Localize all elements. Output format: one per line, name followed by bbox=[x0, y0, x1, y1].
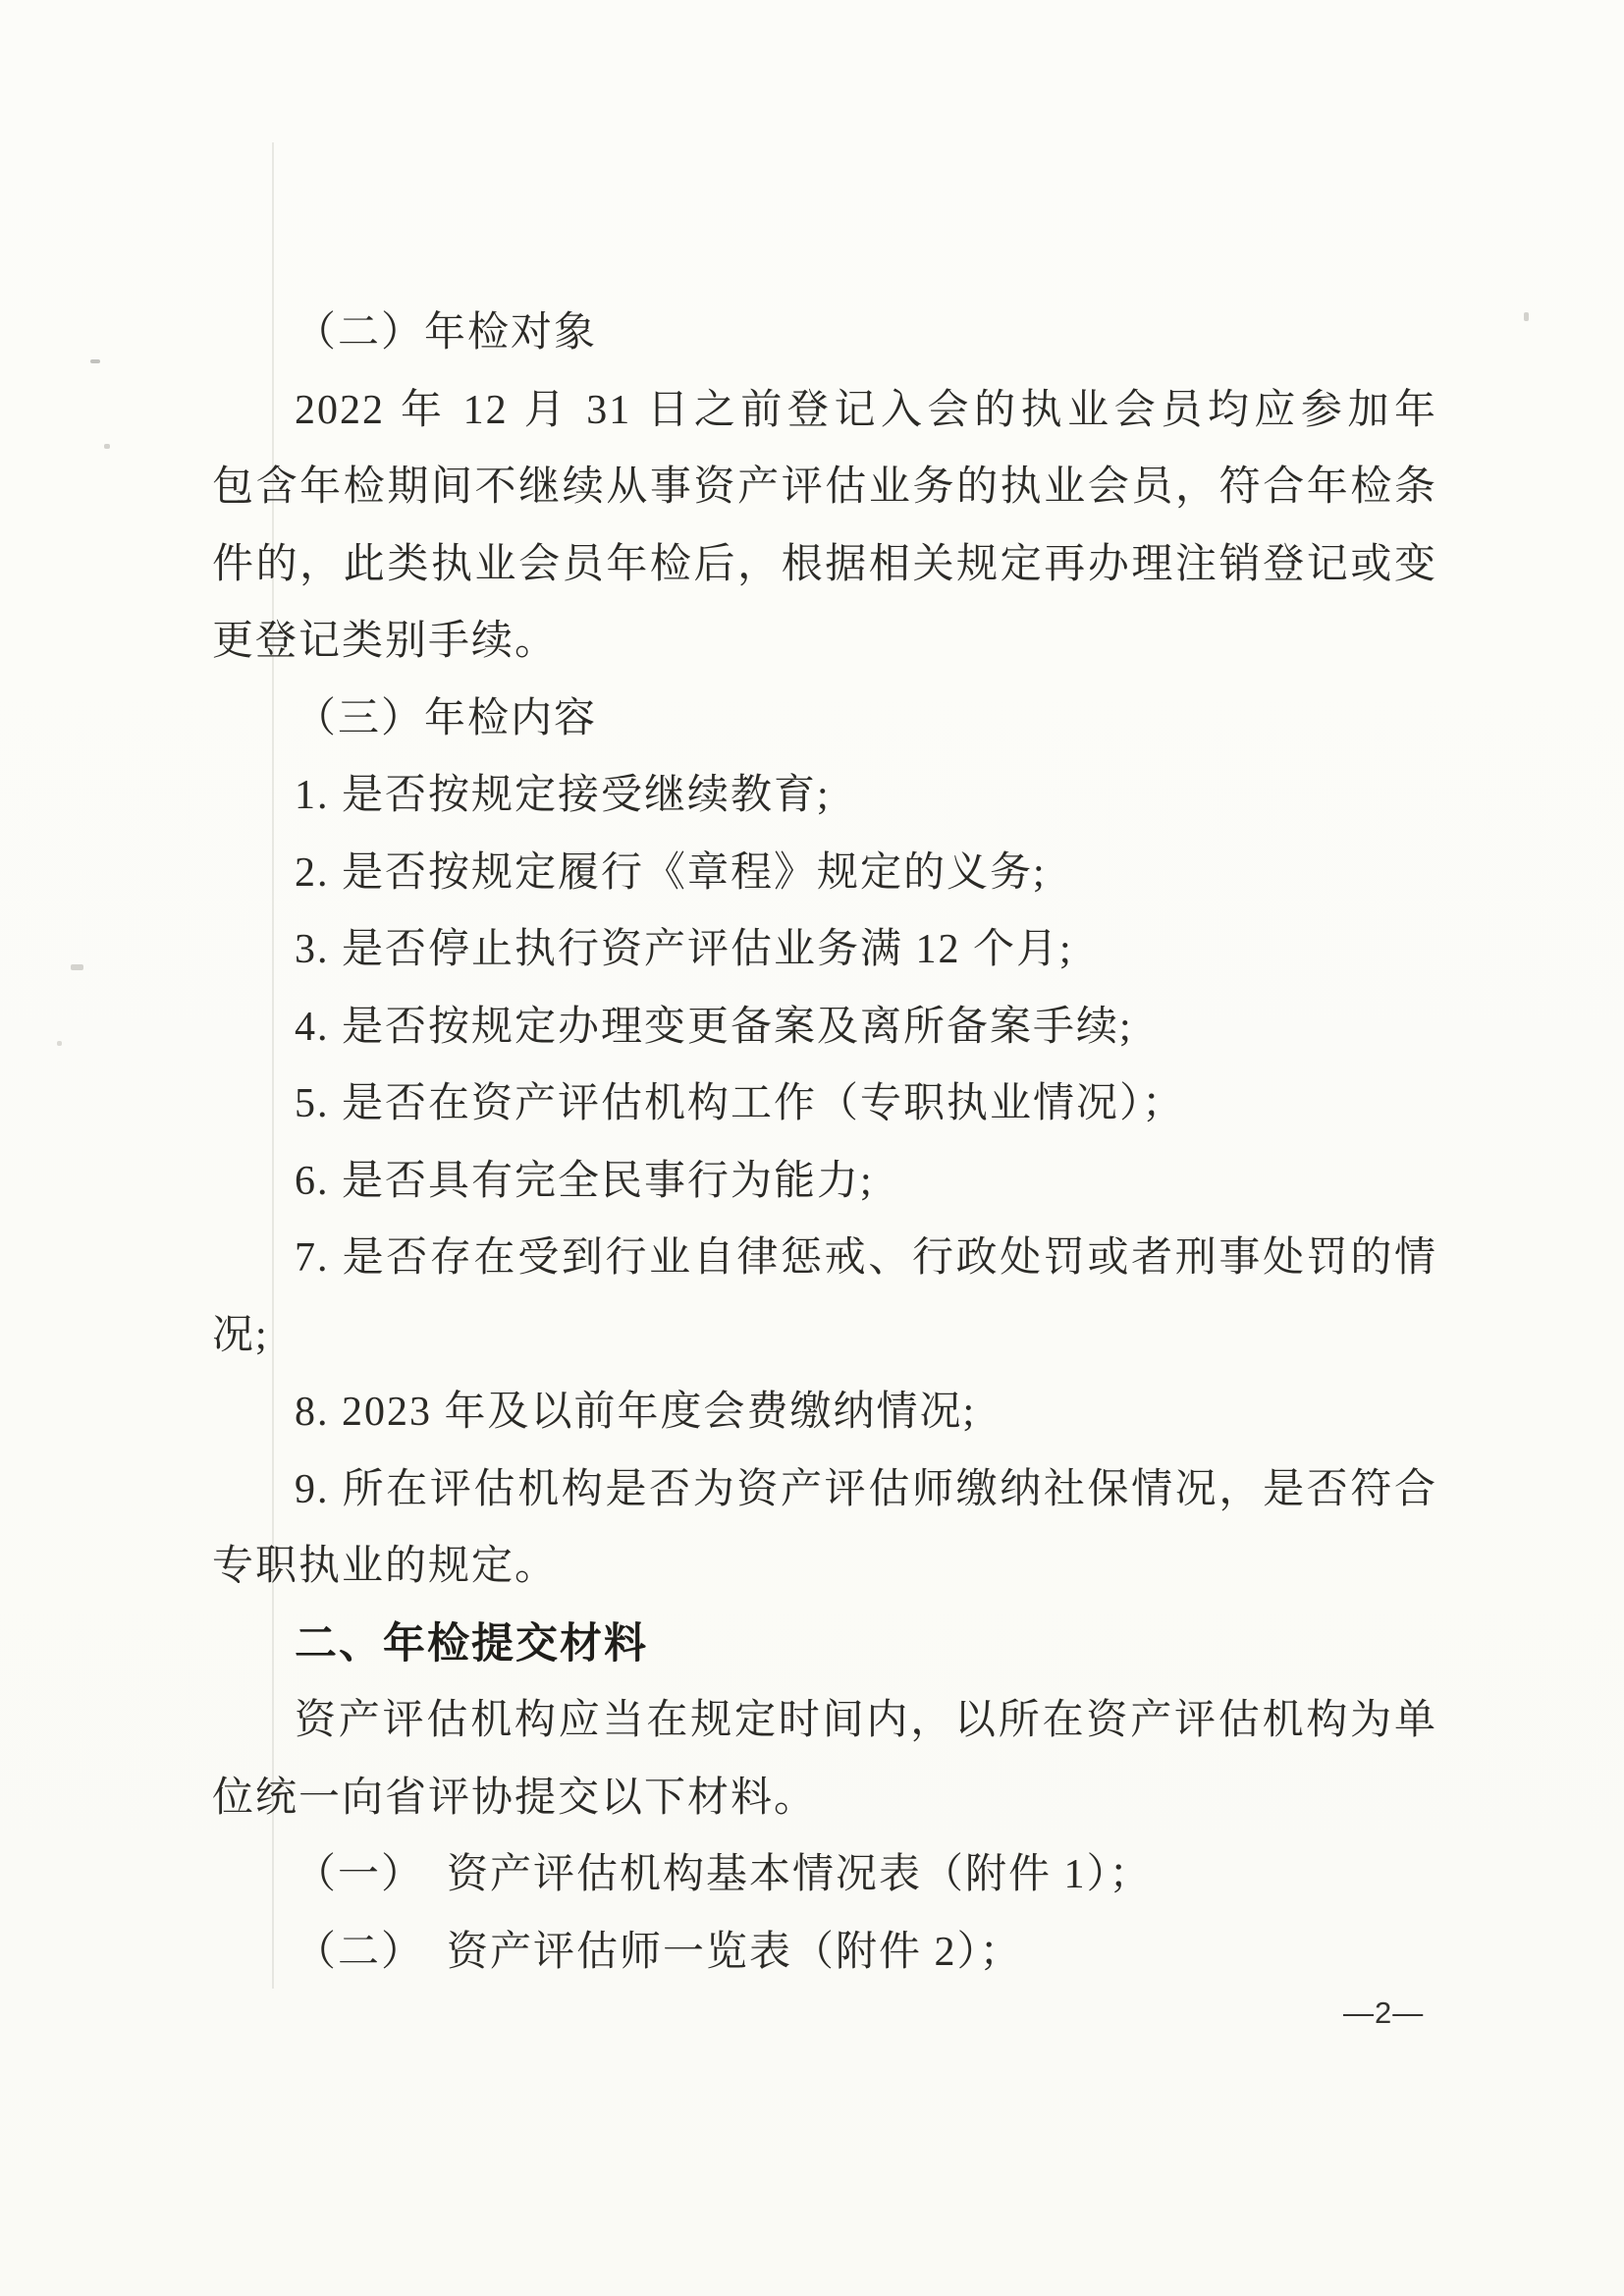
scan-speckle bbox=[104, 444, 110, 449]
page-number: —2— bbox=[1343, 1994, 1424, 2033]
paragraph-line: 更登记类别手续。 bbox=[212, 603, 1437, 681]
list-item-attachment-2: （二） 资产评估师一览表（附件 2）； bbox=[212, 1914, 1437, 1992]
list-item-4: 4. 是否按规定办理变更备案及离所备案手续; bbox=[212, 989, 1437, 1066]
list-item-7: 7. 是否存在受到行业自律惩戒、行政处罚或者刑事处罚的情 bbox=[212, 1220, 1437, 1297]
paragraph-line: 位统一向省评协提交以下材料。 bbox=[212, 1760, 1437, 1837]
paragraph-line: 2022 年 12 月 31 日之前登记入会的执业会员均应参加年检。 bbox=[212, 372, 1437, 450]
list-item-attachment-1: （一） 资产评估机构基本情况表（附件 1）； bbox=[212, 1836, 1437, 1914]
list-item-9: 9. 所在评估机构是否为资产评估师缴纳社保情况，是否符合 bbox=[212, 1451, 1437, 1529]
scan-speckle bbox=[1524, 312, 1529, 321]
paragraph-line: 件的，此类执业会员年检后，根据相关规定再办理注销登记或变 bbox=[212, 526, 1437, 604]
heading-inspection-target: （二）年检对象 bbox=[212, 295, 1437, 372]
list-item-7-continuation: 况; bbox=[212, 1297, 1437, 1375]
heading-inspection-content: （三）年检内容 bbox=[212, 681, 1437, 758]
document-body: （二）年检对象 2022 年 12 月 31 日之前登记入会的执业会员均应参加年… bbox=[212, 295, 1437, 1991]
paragraph-line: 包含年检期间不继续从事资产评估业务的执业会员，符合年检条 bbox=[212, 449, 1437, 526]
list-item-2: 2. 是否按规定履行《章程》规定的义务; bbox=[212, 835, 1437, 912]
scan-speckle bbox=[57, 1041, 62, 1046]
list-item-3: 3. 是否停止执行资产评估业务满 12 个月; bbox=[212, 911, 1437, 989]
scanned-document-page: （二）年检对象 2022 年 12 月 31 日之前登记入会的执业会员均应参加年… bbox=[0, 0, 1624, 2296]
paragraph-line: 资产评估机构应当在规定时间内，以所在资产评估机构为单 bbox=[212, 1682, 1437, 1760]
list-item-5: 5. 是否在资产评估机构工作（专职执业情况）； bbox=[212, 1066, 1437, 1143]
list-item-6: 6. 是否具有完全民事行为能力; bbox=[212, 1143, 1437, 1221]
list-item-9-continuation: 专职执业的规定。 bbox=[212, 1528, 1437, 1606]
list-item-1: 1. 是否按规定接受继续教育; bbox=[212, 757, 1437, 835]
heading-submission-materials: 二、年检提交材料 bbox=[212, 1606, 1437, 1683]
list-item-8: 8. 2023 年及以前年度会费缴纳情况; bbox=[212, 1374, 1437, 1451]
scan-speckle bbox=[90, 359, 100, 363]
scan-speckle bbox=[71, 964, 83, 970]
